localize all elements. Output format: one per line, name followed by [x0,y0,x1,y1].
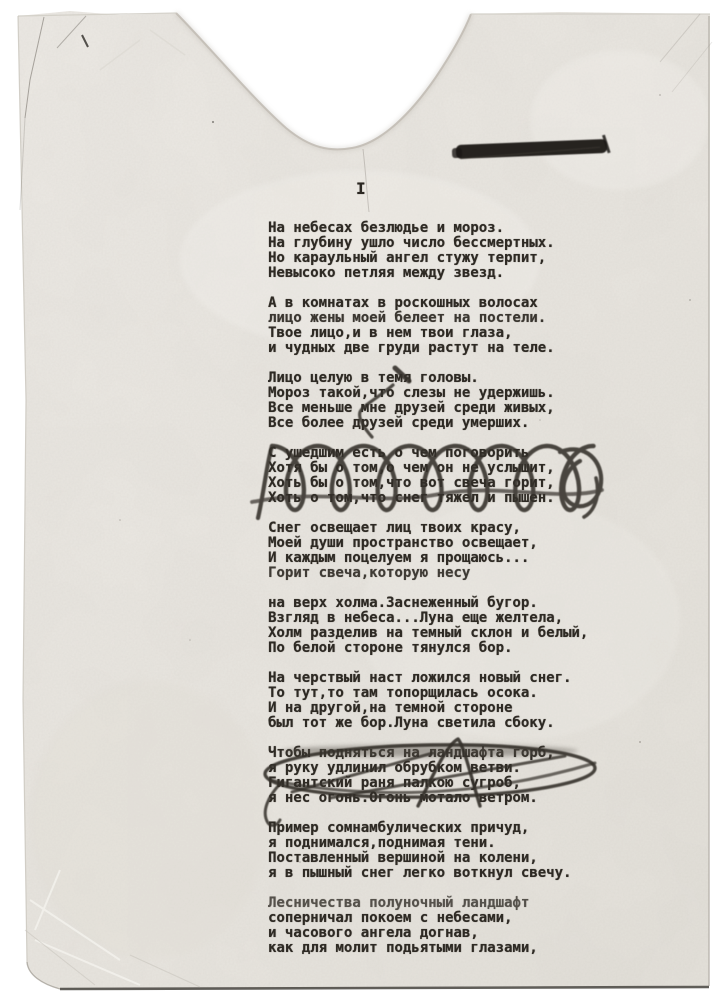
stanza: На черствый наст ложился новый снег.То т… [268,671,588,731]
poem-line: Хотя бы о том,о чем он не услышит, [268,461,588,476]
stanza: А в комнатах в роскошных волосахлицо жен… [268,296,588,356]
poem-line: Взгляд в небеса...Луна еще желтела, [268,611,588,626]
poem-line: Моей души пространство освещает, [268,536,588,551]
poem-line: Поставленный вершиной на колени, [268,851,588,866]
poem-line: и часового ангела догнав, [268,926,588,941]
stanza: На небесах безлюдье и мороз.На глубину у… [268,221,588,281]
stanza: на верх холма.Заснеженный бугор.Взгляд в… [268,596,588,656]
manuscript-photo: I На небесах безлюдье и мороз.На глубину… [0,0,718,1000]
poem-line: Хоть бы о том,что вот свеча горит, [268,476,588,491]
poem-line: на верх холма.Заснеженный бугор. [268,596,588,611]
poem-line: Холм разделив на темный склон и белый, [268,626,588,641]
stanza: С ушедшим есть о чем поговоритьХотя бы о… [268,446,588,506]
section-numeral: I [356,181,366,197]
poem-line: То тут,то там топорщилась осока. [268,686,588,701]
poem-line: На небесах безлюдье и мороз. [268,221,588,236]
poem-line: Гигантский раня палкою сугроб, [268,776,588,791]
poem-line: По белой стороне тянулся бор. [268,641,588,656]
poem-line: Но караульный ангел стужу терпит, [268,251,588,266]
stanza: Снег освещает лиц твоих красу,Моей души … [268,521,588,581]
poem-line: Пример сомнамбулических причуд, [268,821,588,836]
poem-line: На черствый наст ложился новый снег. [268,671,588,686]
poem-line: Лицо целую в темя головы. [268,371,588,386]
poem-line: Все меньше мне друзей среди живых, [268,401,588,416]
poem-line: Все более друзей среди умерших. [268,416,588,431]
poem-line: А в комнатах в роскошных волосах [268,296,588,311]
poem-line: как для молит подьятыми глазами, [268,941,588,956]
poem-line: Лесничества полуночный ландшафт [268,896,588,911]
poem-line: И на другой,на темной стороне [268,701,588,716]
poem-line: Мороз такой,что слезы не удержишь. [268,386,588,401]
poem: На небесах безлюдье и мороз.На глубину у… [268,221,588,971]
poem-line: Твое лицо,и в нем твои глаза, [268,326,588,341]
stanza: Пример сомнамбулических причуд,я поднима… [268,821,588,881]
poem-line: На глубину ушло число бессмертных. [268,236,588,251]
poem-line: был тот же бор.Луна светила сбоку. [268,716,588,731]
poem-line: И каждым поцелуем я прощаюсь... [268,551,588,566]
poem-line: соперничал покоем с небесами, [268,911,588,926]
typescript-layer: I На небесах безлюдье и мороз.На глубину… [0,0,718,1000]
poem-line: Хоть о том,что снег тяжел и пышен. [268,491,588,506]
poem-line: С ушедшим есть о чем поговорить [268,446,588,461]
poem-line: Горит свеча,которую несу [268,566,588,581]
stanza: Чтобы подняться на ландшафта горб,я руку… [268,746,588,806]
poem-line: Снег освещает лиц твоих красу, [268,521,588,536]
stanza: Лесничества полуночный ландшафтсопернича… [268,896,588,956]
poem-line: Чтобы подняться на ландшафта горб, [268,746,588,761]
poem-line: я руку удлинил обрубком ветви. [268,761,588,776]
poem-line: и чудных две груди растут на теле. [268,341,588,356]
poem-line: я в пышный снег легко воткнул свечу. [268,866,588,881]
poem-line: я нес огонь.Огонь мотало ветром. [268,791,588,806]
poem-line: Невысоко петляя между звезд. [268,266,588,281]
poem-line: я поднимался,поднимая тени. [268,836,588,851]
stanza: Лицо целую в темя головы.Мороз такой,что… [268,371,588,431]
poem-line: лицо жены моей белеет на постели. [268,311,588,326]
